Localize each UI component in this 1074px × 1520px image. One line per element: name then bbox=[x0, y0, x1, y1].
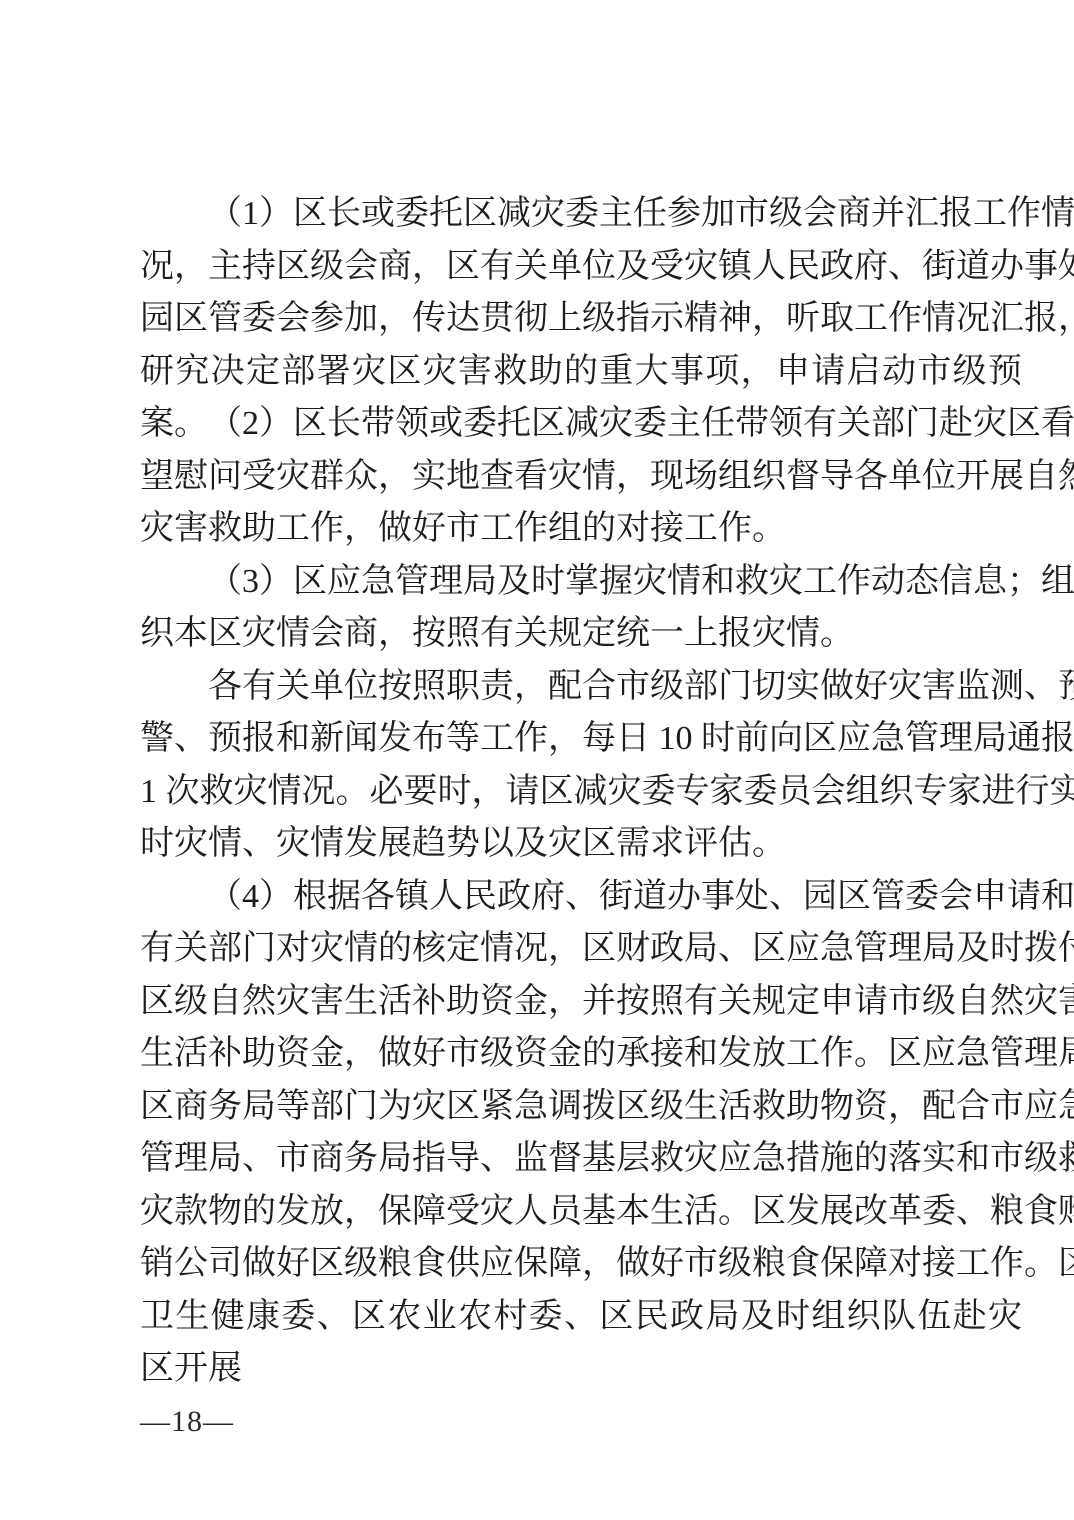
text-line: 卫生健康委、区农业农村委、区民政局及时组织队伍赴灾区开展 bbox=[140, 1291, 1022, 1344]
document-page: （1）区长或委托区减灾委主任参加市级会商并汇报工作情况，主持区级会商，区有关单位… bbox=[0, 0, 1074, 1520]
text-line: （3）区应急管理局及时掌握灾情和救灾工作动态信息；组 bbox=[140, 556, 1022, 609]
text-line: 有关部门对灾情的核定情况，区财政局、区应急管理局及时拨付 bbox=[140, 923, 1022, 976]
text-line: 况，主持区级会商，区有关单位及受灾镇人民政府、街道办事处、 bbox=[140, 241, 1022, 294]
page-footer: —18— bbox=[140, 1402, 234, 1442]
text-line: （4）根据各镇人民政府、街道办事处、园区管委会申请和 bbox=[140, 871, 1022, 924]
text-line: 区商务局等部门为灾区紧急调拨区级生活救助物资，配合市应急 bbox=[140, 1081, 1022, 1134]
text-block: （1）区长或委托区减灾委主任参加市级会商并汇报工作情况，主持区级会商，区有关单位… bbox=[140, 188, 1022, 1343]
text-line: 区级自然灾害生活补助资金，并按照有关规定申请市级自然灾害 bbox=[140, 976, 1022, 1029]
page-number: —18— bbox=[140, 1405, 234, 1439]
text-line: 警、预报和新闻发布等工作，每日 10 时前向区应急管理局通报 bbox=[140, 713, 1022, 766]
text-line: 望慰问受灾群众，实地查看灾情，现场组织督导各单位开展自然 bbox=[140, 451, 1022, 504]
text-line: （1）区长或委托区减灾委主任参加市级会商并汇报工作情 bbox=[140, 188, 1022, 241]
text-line: 销公司做好区级粮食供应保障，做好市级粮食保障对接工作。区 bbox=[140, 1238, 1022, 1291]
text-line: 灾款物的发放，保障受灾人员基本生活。区发展改革委、粮食购 bbox=[140, 1186, 1022, 1239]
text-line: 织本区灾情会商，按照有关规定统一上报灾情。 bbox=[140, 608, 1022, 661]
text-line: 研究决定部署灾区灾害救助的重大事项，申请启动市级预案。 bbox=[140, 346, 1022, 399]
text-line: （2）区长带领或委托区减灾委主任带领有关部门赴灾区看 bbox=[140, 398, 1022, 451]
text-line: 各有关单位按照职责，配合市级部门切实做好灾害监测、预 bbox=[140, 661, 1022, 714]
text-line: 灾害救助工作，做好市工作组的对接工作。 bbox=[140, 503, 1022, 556]
text-line: 1 次救灾情况。必要时，请区减灾委专家委员会组织专家进行实 bbox=[140, 766, 1022, 819]
text-line: 时灾情、灾情发展趋势以及灾区需求评估。 bbox=[140, 818, 1022, 871]
text-line: 园区管委会参加，传达贯彻上级指示精神，听取工作情况汇报， bbox=[140, 293, 1022, 346]
text-line: 生活补助资金，做好市级资金的承接和发放工作。区应急管理局、 bbox=[140, 1028, 1022, 1081]
text-line: 管理局、市商务局指导、监督基层救灾应急措施的落实和市级救 bbox=[140, 1133, 1022, 1186]
